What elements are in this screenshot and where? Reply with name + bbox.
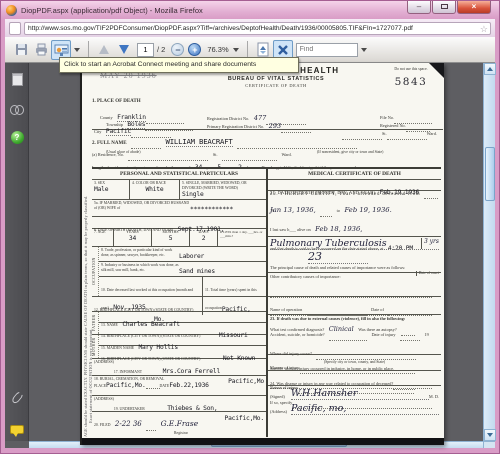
comment-bubble-glyph	[10, 425, 24, 434]
certificate-columns: PERSONAL AND STATISTICAL PARTICULARS 3. …	[92, 167, 441, 437]
tooltip-text: Click to start an Acrobat Connect meetin…	[64, 61, 256, 68]
burial-place-value: Pacific,Mo.	[106, 382, 146, 389]
previous-page-icon	[99, 45, 109, 54]
comments-panel-icon[interactable]	[9, 421, 25, 437]
last-saw-value: Feb 18, 1936,	[315, 225, 362, 233]
zoom-out-button[interactable]: −	[171, 43, 184, 56]
page-thumbnail-glyph	[12, 73, 23, 86]
tooltip: Click to start an Acrobat Connect meetin…	[59, 57, 299, 73]
undertaker-value: Thiebes & Son,	[167, 405, 217, 412]
scan-edge	[80, 438, 444, 445]
burial-place-label: PLACE	[94, 384, 106, 389]
trade-label: 8. Trade, profession, or particular kind…	[101, 248, 179, 260]
bookmark-star-icon[interactable]: ☆	[480, 23, 488, 35]
maximize-icon	[441, 4, 448, 9]
marital-value: Single	[182, 191, 264, 198]
last-saw-label: I last saw h___ alive on	[270, 227, 311, 232]
address-label: (Address)	[270, 409, 287, 415]
scroll-up-icon	[487, 67, 493, 71]
registrar-signature: G.E.Frase	[161, 419, 199, 428]
url-text: http://www.sos.mo.gov/TIF2PDFConsumer/Di…	[28, 25, 413, 32]
certify-intro: 22. I HEREBY CERTIFY, That I attended de…	[270, 192, 439, 198]
question-glyph: ?	[11, 131, 24, 144]
spouse-label: 5a. IF MARRIED, WIDOWED, OR DIVORCED HUS…	[94, 201, 190, 211]
trade-value: Laborer	[179, 253, 204, 260]
search-panel-icon[interactable]	[9, 101, 25, 117]
filed-date-value: 2-22 36	[115, 420, 142, 428]
undertaker-label: 19. UNDERTAKER	[114, 407, 145, 411]
mother-name-value: Mary Hollis	[138, 344, 178, 351]
binoculars-glyph	[10, 105, 24, 114]
to-label: to	[337, 208, 340, 213]
title-bar[interactable]: DiopPDF.aspx (application/pdf Object) - …	[1, 1, 499, 19]
cause-of-death-value: Pulmonary Tuberculosis	[270, 238, 387, 249]
mother-side-label: MOTHER	[92, 335, 99, 358]
page-number-input[interactable]	[137, 43, 154, 57]
medical-column: MEDICAL CERTIFICATE OF DEATH 21. DATE OF…	[268, 169, 441, 437]
pdf-page: AGE should be stated EXACTLY. PHYSICIANS…	[80, 63, 444, 445]
burial-date-label: DATE	[160, 384, 170, 389]
operation-date-label: Date of	[371, 307, 384, 312]
occupation-side-label: OCCUPATION	[92, 247, 99, 296]
find-dropdown[interactable]	[361, 48, 367, 52]
sex-value: Male	[94, 186, 127, 193]
primary-district-label: Primary Registration District No.	[207, 124, 264, 129]
scrollbar-corner	[483, 441, 495, 448]
certificate-title: CERTIFICATE OF DEATH	[178, 83, 374, 88]
do-not-use-note: Do not use this space.	[380, 67, 442, 72]
page-count-label: / 2	[157, 45, 165, 54]
age-days: 2	[192, 235, 215, 242]
primary-district-value: 293	[269, 122, 281, 130]
physician-signature: W.H.Hamsher	[291, 388, 429, 400]
dob-value: Sept.17,1901,	[178, 226, 225, 233]
age-years: 34	[116, 235, 149, 242]
race-value: White	[132, 186, 177, 193]
pdf-viewer-area: ? AGE should be stated EXACTLY. PHYSICIA…	[5, 63, 495, 448]
father-name-label: 13. NAME	[101, 323, 118, 327]
scroll-down-icon	[487, 433, 493, 437]
dob-label: 6. DATE OF BIRTH (MONTH, DAY, AND YEAR)	[94, 228, 173, 232]
maximize-button[interactable]	[432, 1, 456, 14]
medical-title: MEDICAL CERTIFICATE OF DEATH	[268, 169, 441, 180]
attachments-panel-icon[interactable]	[9, 389, 25, 405]
vertical-scroll-thumb[interactable]	[485, 147, 495, 201]
scroll-up-arrow[interactable]	[484, 63, 496, 75]
find-input[interactable]	[296, 43, 358, 57]
browser-window: DiopPDF.aspx (application/pdf Object) - …	[0, 0, 500, 454]
paperclip-glyph	[10, 390, 24, 404]
vertical-scrollbar[interactable]	[483, 63, 495, 441]
filed-label: 20. FILED	[94, 423, 110, 427]
toolbar-separator	[88, 41, 89, 58]
address-input[interactable]: http://www.sos.mo.gov/TIF2PDFConsumer/Di…	[24, 22, 491, 35]
close-button[interactable]: ×	[457, 1, 491, 14]
injury-year-suffix: 19	[424, 332, 428, 337]
save-button[interactable]	[11, 40, 31, 60]
marital-label: 5. SINGLE, MARRIED, WIDOWED, OR DIVORCED…	[182, 181, 264, 191]
father-name-value: Charles Beacraft	[122, 321, 179, 328]
undertaker-address-label: (ADDRESS)	[94, 397, 114, 402]
md-label: M. D.	[429, 394, 439, 400]
physician-address: Pacific, mo,	[291, 403, 439, 415]
window-title: DiopPDF.aspx (application/pdf Object) - …	[21, 6, 203, 15]
personal-title: PERSONAL AND STATISTICAL PARTICULARS	[92, 169, 266, 180]
page-favicon	[9, 22, 21, 35]
navigation-pane: ?	[5, 63, 29, 441]
personal-column: PERSONAL AND STATISTICAL PARTICULARS 3. …	[92, 169, 268, 437]
accident-label: Accident, suicide, or homicide?	[270, 332, 325, 337]
url-bar: http://www.sos.mo.gov/TIF2PDFConsumer/Di…	[5, 19, 495, 37]
zoom-dropdown[interactable]	[233, 48, 239, 52]
abode-note: (Usual place of abode)	[106, 150, 140, 155]
next-page-icon	[119, 45, 129, 54]
external-causes-label: 23. If death was due to external causes …	[270, 316, 439, 322]
zoom-in-button[interactable]: +	[188, 43, 201, 56]
signed-label: (Signed)	[270, 394, 285, 400]
cause-line2-value: 23	[308, 250, 368, 264]
print-button[interactable]	[31, 40, 51, 60]
firefox-icon	[6, 5, 17, 16]
pages-panel-icon[interactable]	[9, 71, 25, 87]
informant-value: Mrs.Cora Ferrell	[163, 368, 220, 375]
operation-label: Name of operation	[270, 307, 302, 312]
scroll-down-arrow[interactable]	[484, 429, 496, 441]
toolbar-separator	[247, 41, 248, 58]
contributory-label: Other contributory causes of importance:	[270, 274, 439, 280]
bureau-title: BUREAU OF VITAL STATISTICS	[178, 76, 374, 82]
registrar-label: Registrar	[174, 431, 264, 436]
cause-onset-value: 3 yrs	[421, 238, 439, 249]
howto-icon[interactable]: ?	[9, 129, 25, 145]
place-of-death-label: 1. PLACE OF DEATH	[92, 99, 141, 106]
industry-value: Sand mines	[179, 268, 215, 275]
injury-date-label: Date of injury	[371, 332, 395, 337]
industry-label: 9. Industry or business in which work wa…	[101, 263, 179, 275]
father-side-label: FATHER	[92, 312, 99, 334]
attended-to-value: Feb 19, 1936.	[344, 206, 391, 214]
minimize-button[interactable]: –	[407, 1, 431, 14]
attended-from-value: Jan 13, 1936,	[270, 206, 316, 214]
age-months: 5	[154, 235, 187, 242]
mother-name-label: 15. MAIDEN NAME	[101, 346, 134, 350]
zoom-level-value: 76.3%	[207, 45, 228, 54]
start-meeting-dropdown[interactable]	[74, 48, 80, 52]
nonresident-note: (If nonresident, give city or town and S…	[317, 150, 383, 155]
burial-date-value: Feb.22,1936	[169, 382, 209, 389]
informant-label: 17. INFORMANT	[114, 370, 142, 374]
certificate-number: 5843	[380, 76, 442, 88]
less-than-one-day-label: If LESS than 1 day, ___hrs. or ___min.?	[220, 230, 264, 239]
manner-of-injury-label: Manner of injury.	[270, 365, 300, 370]
informant-address-label: (ADDRESS)	[94, 360, 114, 365]
